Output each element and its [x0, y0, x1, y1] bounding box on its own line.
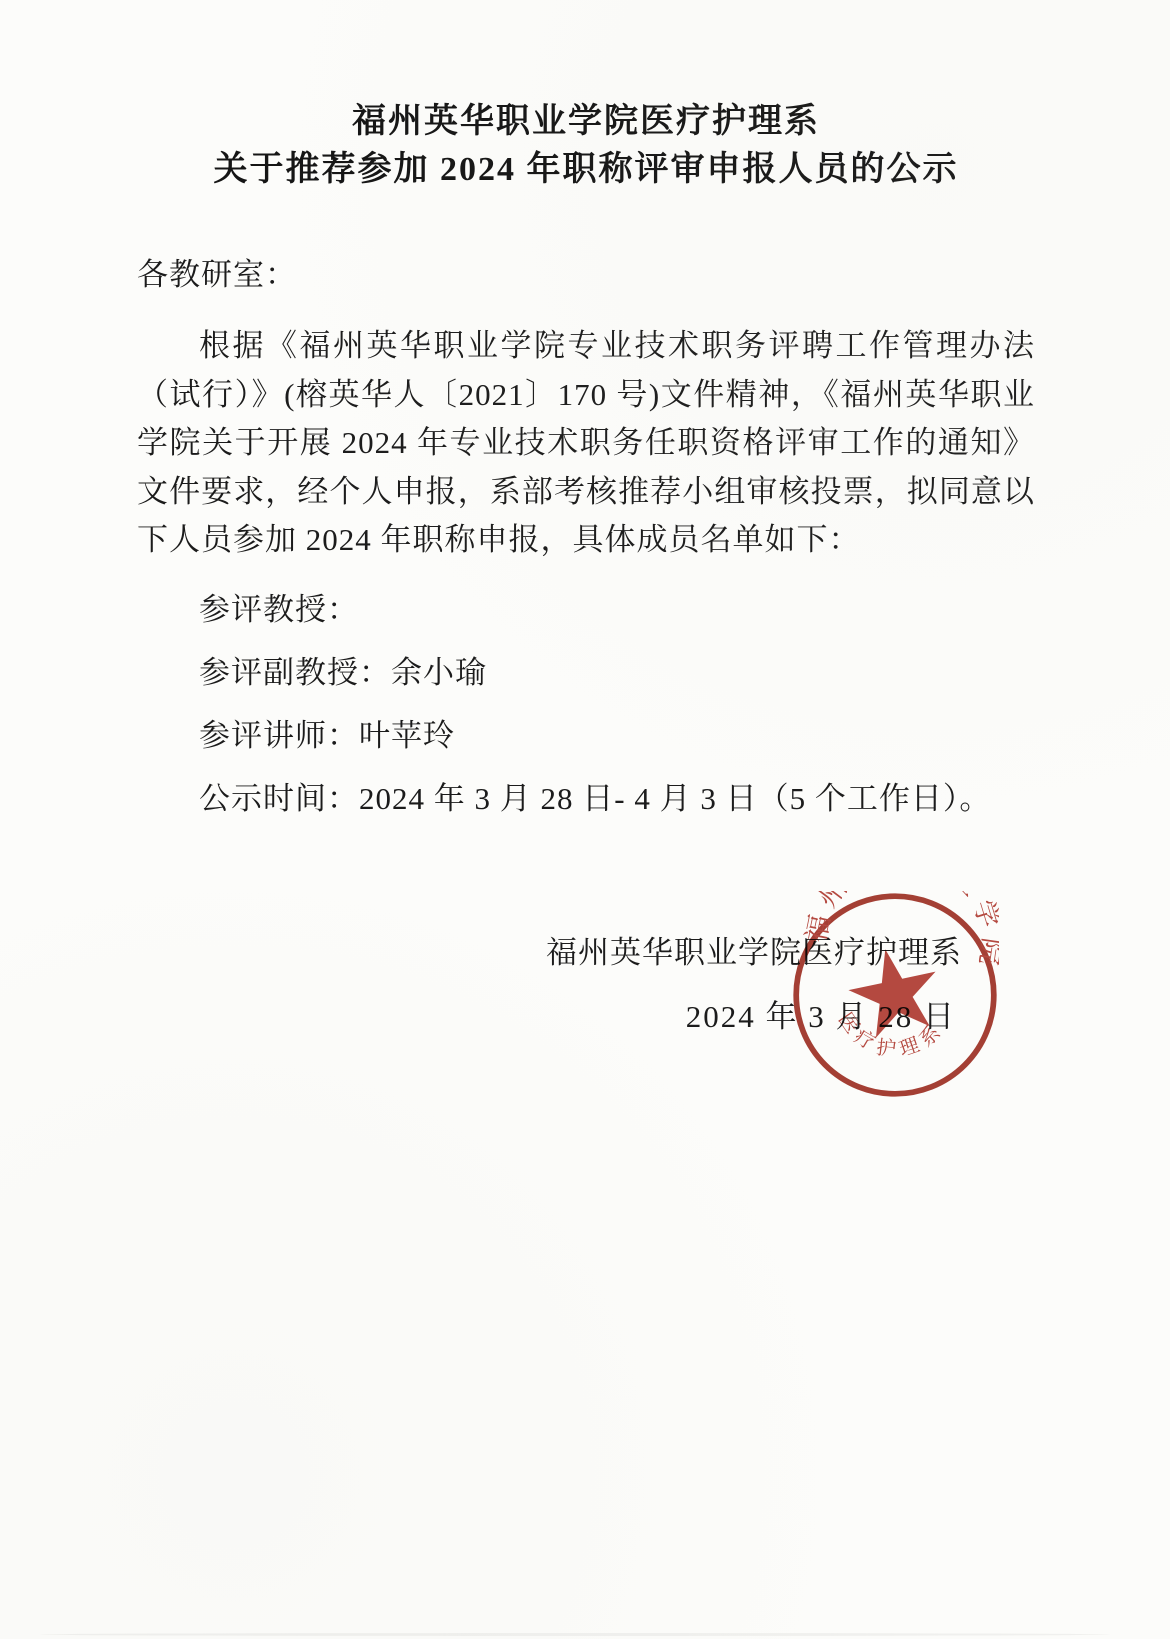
document-title-line-1: 福州英华职业学院医疗护理系: [137, 100, 1035, 144]
official-seal: 福州英华职业学院 医疗护理系: [791, 891, 999, 1099]
document-content: 福州英华职业学院医疗护理系 关于推荐参加 2024 年职称评审申报人员的公示 各…: [137, 0, 1035, 820]
publicity-period: 公示时间：2024 年 3 月 28 日- 4 月 3 日（5 个工作日）。: [137, 778, 1035, 820]
body-paragraph: 根据《福州英华职业学院专业技术职务评聘工作管理办法（试行）》(榕英华人〔2021…: [137, 322, 1035, 565]
list-item-associate-professor: 参评副教授：余小瑜: [137, 652, 1035, 694]
scanner-edge-artifact: [40, 1633, 1110, 1636]
salutation: 各教研室：: [137, 254, 1035, 296]
list-item-lecturer: 参评讲师：叶苹玲: [137, 715, 1035, 757]
notice-document-page: 福州英华职业学院医疗护理系 关于推荐参加 2024 年职称评审申报人员的公示 各…: [0, 0, 1170, 1639]
list-item-professor: 参评教授：: [137, 589, 1035, 631]
official-seal-graphic: 福州英华职业学院 医疗护理系: [791, 891, 999, 1099]
document-title-line-2: 关于推荐参加 2024 年职称评审申报人员的公示: [137, 148, 1035, 192]
